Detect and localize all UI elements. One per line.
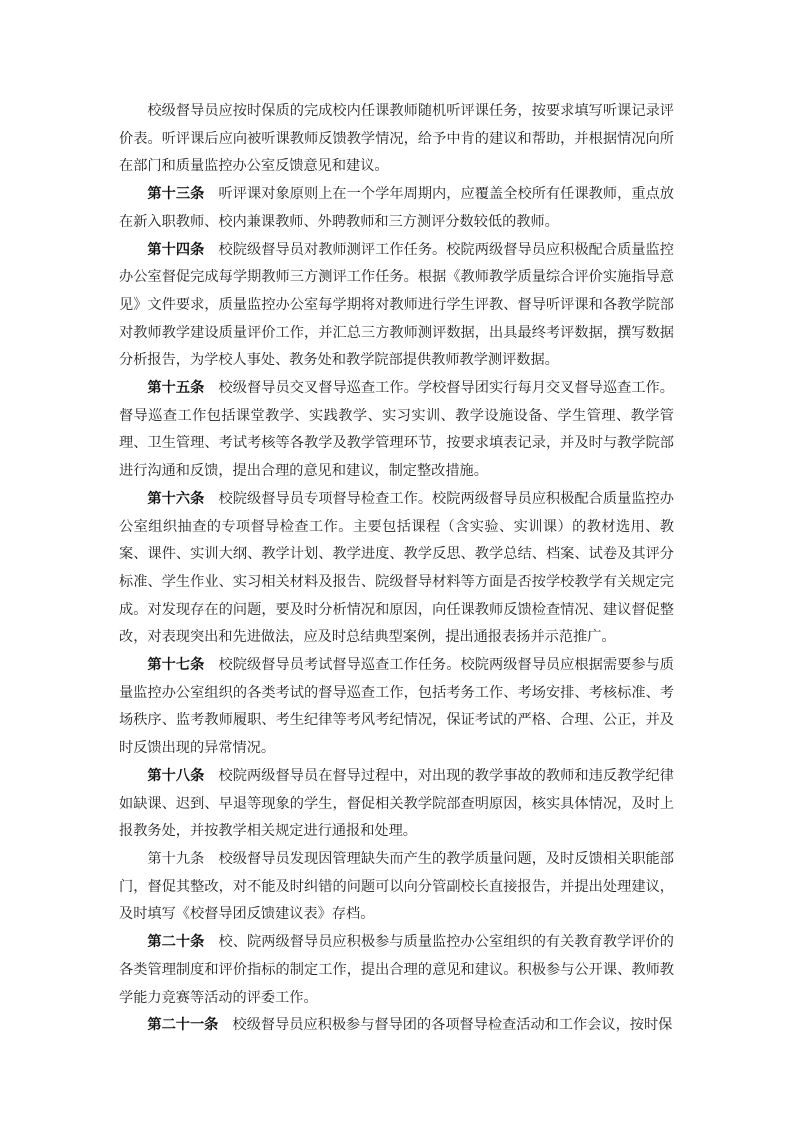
paragraph-text: 校级督导员应积极参与督导团的各项督导检查活动和工作会议，按时保 (233, 1017, 673, 1033)
article-16: 第十六条校院级督导员专项督导检查工作。校院两级督导员应积极配合质量监控办公室组织… (119, 486, 674, 652)
article-heading: 第二十条 (147, 934, 204, 950)
article-14: 第十四条校院级督导员对教师测评工作任务。校院两级督导员应积极配合质量监控办公室督… (119, 237, 674, 376)
paragraph-text: 校院级督导员专项督导检查工作。校院两级督导员应积极配合质量监控办公室组织抽查的专… (119, 491, 674, 646)
article-19: 第十九条校级督导员发现因管理缺失而产生的教学质量问题，及时反馈相关职能部门，督促… (119, 846, 674, 929)
article-20: 第二十条校、院两级督导员应积极参与质量监控办公室组织的有关教育教学评价的各类管理… (119, 929, 674, 1012)
article-15: 第十五条校级督导员交叉督导巡查工作。学校督导团实行每月交叉督导巡查工作。督导巡查… (119, 375, 674, 486)
article-17: 第十七条校院级督导员考试督导巡查工作任务。校院两级督导员应根据需要参与质量监控办… (119, 652, 674, 763)
document-page: 校级督导员应按时保质的完成校内任课教师随机听评课任务，按要求填写听课记录评价表。… (119, 98, 674, 1040)
article-heading: 第十六条 (147, 491, 204, 507)
article-18: 第十八条校院两级督导员在督导过程中，对出现的教学事故的教师和违反教学纪律如缺课、… (119, 763, 674, 846)
article-heading: 第二十一条 (147, 1017, 218, 1033)
article-heading: 第十九条 (147, 851, 204, 867)
article-heading: 第十五条 (147, 380, 204, 396)
article-heading: 第十三条 (147, 186, 204, 202)
article-heading: 第十八条 (147, 768, 204, 784)
paragraph-text: 校级督导员应按时保质的完成校内任课教师随机听评课任务，按要求填写听课记录评价表。… (119, 103, 674, 174)
article-heading: 第十四条 (147, 242, 204, 258)
article-heading: 第十七条 (147, 657, 204, 673)
article-13: 第十三条听评课对象原则上在一个学年周期内，应覆盖全校所有任课教师，重点放在新入职… (119, 181, 674, 236)
paragraph-0: 校级督导员应按时保质的完成校内任课教师随机听评课任务，按要求填写听课记录评价表。… (119, 98, 674, 181)
paragraph-text: 校院级督导员对教师测评工作任务。校院两级督导员应积极配合质量监控办公室督促完成每… (119, 242, 674, 369)
article-21: 第二十一条校级督导员应积极参与督导团的各项督导检查活动和工作会议，按时保 (119, 1012, 674, 1040)
